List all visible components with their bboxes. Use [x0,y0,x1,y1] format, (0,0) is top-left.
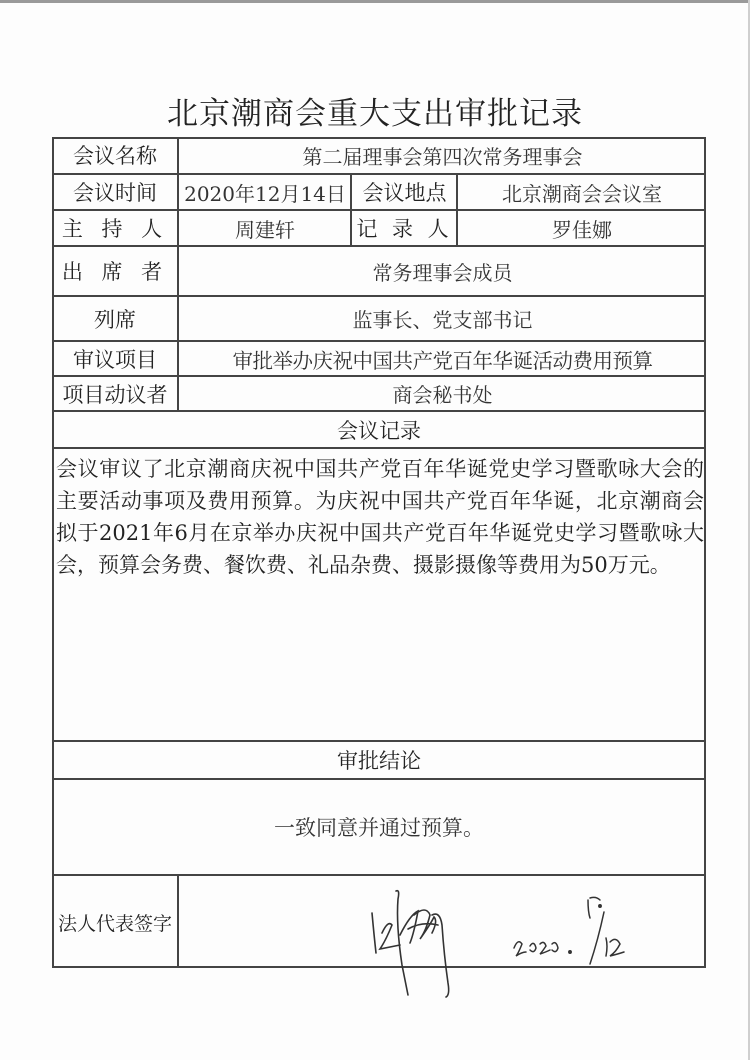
conclusion-text: 一致同意并通过预算。 [52,780,706,874]
meeting-place-value: 北京潮商会会议室 [458,175,706,209]
row-proposer: 项目动议者 商会秘书处 [52,375,706,410]
minutes-heading: 会议记录 [52,412,706,447]
host-value: 周建轩 [179,211,351,245]
recorder-value: 罗佳娜 [458,211,706,245]
proposer-value: 商会秘书处 [179,377,706,410]
conclusion-heading: 审批结论 [52,742,706,778]
row-agenda: 审议项目 审批举办庆祝中国共产党百年华诞活动费用预算 [52,340,706,375]
row-meeting-name: 会议名称 第二届理事会第四次常务理事会 [52,137,706,173]
document-title: 北京潮商会重大支出审批记录 [0,88,750,133]
signature-label: 法人代表签字 [52,876,178,968]
attendees-value: 常务理事会成员 [179,247,706,295]
handwritten-signature-icon [370,885,490,1005]
proposer-label: 项目动议者 [52,377,178,410]
host-label: 主 持 人 [52,211,178,245]
meeting-name-value: 第二届理事会第四次常务理事会 [179,137,706,173]
handwritten-date-icon [510,890,630,970]
row-meeting-time-place: 会议时间 2020年12月14日 会议地点 北京潮商会会议室 [52,173,706,209]
row-conclusion-heading: 审批结论 [52,740,706,778]
row-observers: 列席 监事长、党支部书记 [52,295,706,340]
recorder-label: 记 录 人 [352,211,457,245]
row-minutes-heading: 会议记录 [52,410,706,447]
row-attendees: 出 席 者 常务理事会成员 [52,245,706,295]
agenda-value: 审批举办庆祝中国共产党百年华诞活动费用预算 [179,342,706,375]
agenda-label: 审议项目 [52,342,178,375]
attendees-label: 出 席 者 [52,247,178,295]
meeting-time-label: 会议时间 [52,175,178,209]
scan-top-edge [0,0,750,3]
minutes-text: 会议审议了北京潮商庆祝中国共产党百年华诞党史学习暨歌咏大会的主要活动事项及费用预… [56,453,704,581]
meeting-name-label: 会议名称 [52,137,178,173]
meeting-time-value: 2020年12月14日 [179,175,351,209]
row-host-recorder: 主 持 人 周建轩 记 录 人 罗佳娜 [52,209,706,245]
row-minutes-body: 会议审议了北京潮商庆祝中国共产党百年华诞党史学习暨歌咏大会的主要活动事项及费用预… [52,447,706,740]
observers-label: 列席 [52,297,178,340]
row-conclusion-body: 一致同意并通过预算。 [52,778,706,874]
observers-value: 监事长、党支部书记 [179,297,706,340]
meeting-place-label: 会议地点 [352,175,457,209]
divider [177,876,179,968]
